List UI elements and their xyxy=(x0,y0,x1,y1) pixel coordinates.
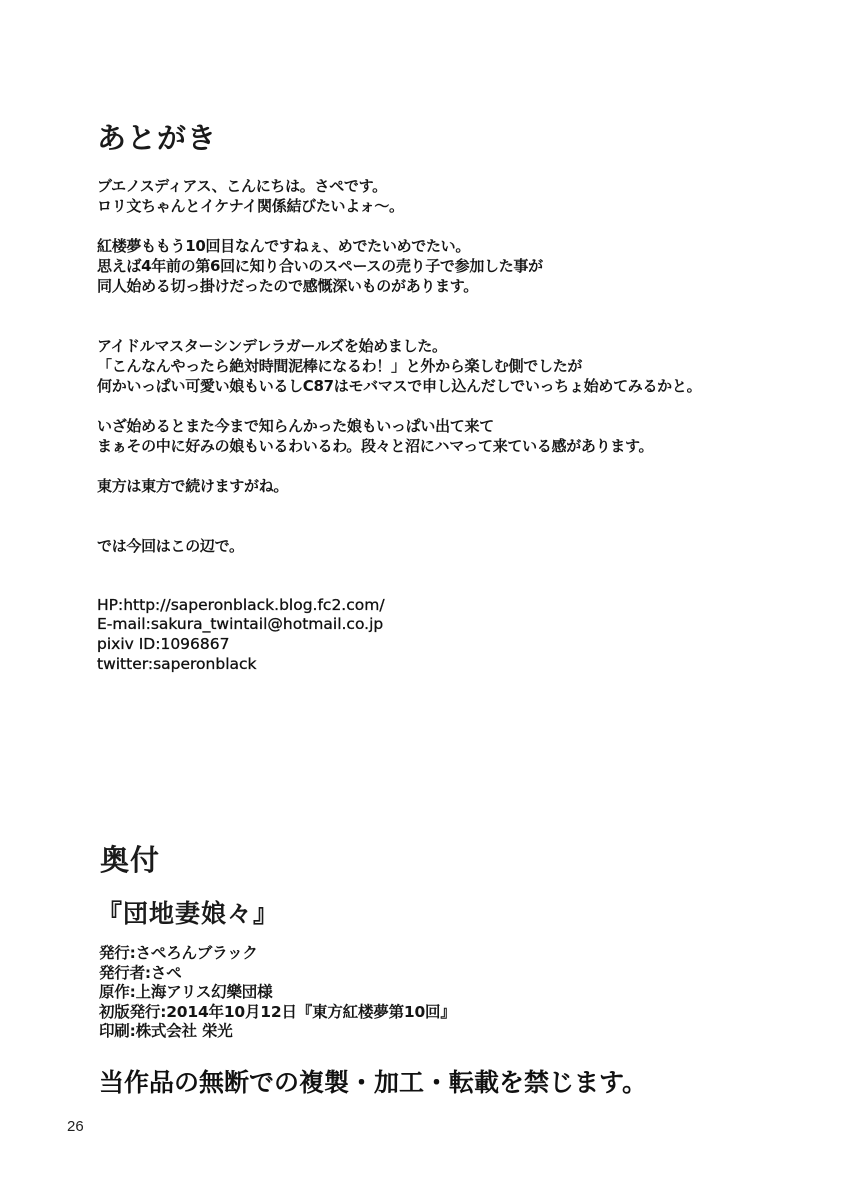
twitter-handle: twitter:saperonblack xyxy=(97,654,257,674)
book-title: 『団地妻娘々』 xyxy=(97,894,279,930)
afterword-heading: あとがき xyxy=(97,116,217,157)
colophon-original-work: 原作:上海アリス幻樂団様 xyxy=(99,983,272,1003)
copyright-notice: 当作品の無断での複製・加工・転載を禁じます。 xyxy=(99,1063,647,1099)
body-line: 紅楼夢ももう10回目なんですねぇ、めでたいめでたい。 xyxy=(97,236,470,256)
email-address: E-mail:sakura_twintail@hotmail.co.jp xyxy=(97,614,383,634)
colophon-issuer: 発行者:さぺ xyxy=(99,964,182,984)
colophon-printer: 印刷:株式会社 栄光 xyxy=(99,1022,233,1042)
body-line: 東方は東方で続けますがね。 xyxy=(97,476,288,496)
colophon-heading: 奥付 xyxy=(100,838,160,879)
body-line: ブエノスディアス、こんにちは。さぺです。 xyxy=(97,176,387,196)
body-line: まぁその中に好みの娘もいるわいるわ。段々と沼にハマって来ている感があります。 xyxy=(97,436,653,456)
body-line: 何かいっぱい可愛い娘もいるしC87はモバマスで申し込んだしでいっちょ始めてみるか… xyxy=(97,376,701,396)
body-line: 「こんなんやったら絶対時間泥棒になるわ！」と外から楽しむ側でしたが xyxy=(97,356,582,376)
body-line: いざ始めるとまた今まで知らんかった娘もいっぱい出て来て xyxy=(97,416,494,436)
colophon-first-edition: 初版発行:2014年10月12日『東方紅楼夢第10回』 xyxy=(99,1003,456,1023)
body-line: 同人始める切っ掛けだったので感慨深いものがあります。 xyxy=(97,276,478,296)
body-line: 思えば4年前の第6回に知り合いのスペースの売り子で参加した事が xyxy=(97,256,543,276)
pixiv-id: pixiv ID:1096867 xyxy=(97,634,229,654)
body-line: ロリ文ちゃんとイケナイ関係結びたいよォ～。 xyxy=(97,196,404,216)
body-line: では今回はこの辺で。 xyxy=(97,536,244,556)
page-number: 26 xyxy=(67,1118,84,1135)
colophon-publisher: 発行:さぺろんブラック xyxy=(99,944,258,964)
body-line: アイドルマスターシンデレラガールズを始めました。 xyxy=(97,336,447,356)
homepage-link: HP:http://saperonblack.blog.fc2.com/ xyxy=(97,595,385,615)
